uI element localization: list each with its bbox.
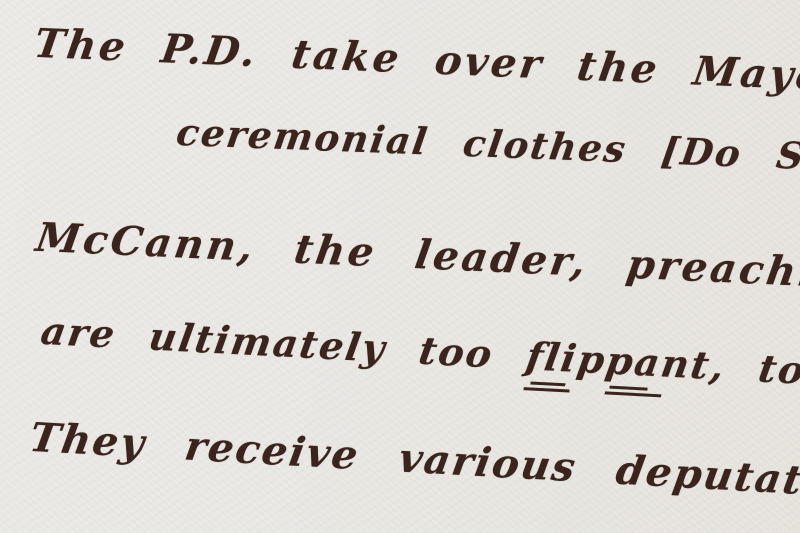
underlined-word-flippant: flippant	[521, 333, 714, 399]
handwritten-line-2: ceremonial clothes [Do Straus	[174, 110, 800, 182]
manuscript-photo: { "document": { "type": "handwritten-not…	[0, 0, 800, 533]
handwritten-line-5: They receive various deputations (	[26, 414, 800, 513]
line-4-segment-after: , too Joy	[707, 343, 800, 400]
handwritten-line-3: McCann, the leader, preaching Re	[33, 214, 800, 304]
handwritten-line-4: are ultimately too flippant, too Joy	[38, 308, 800, 400]
handwritten-line-1: The P.D. take over the Mayor's P	[31, 20, 800, 105]
line-4-segment-before: are ultimately too	[38, 308, 530, 378]
